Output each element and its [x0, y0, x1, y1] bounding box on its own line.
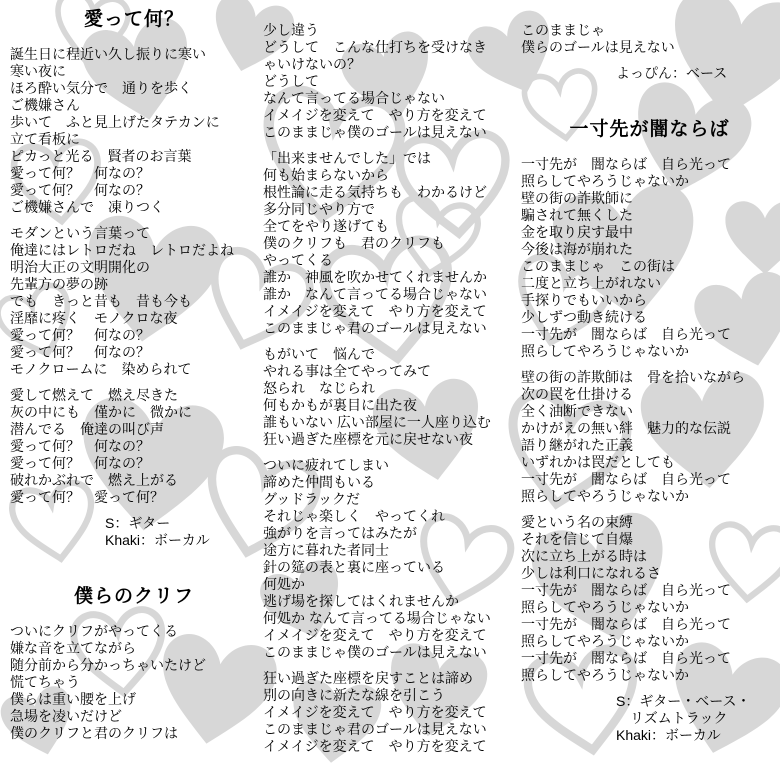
lyric-line: ついにクリフがやってくる — [10, 623, 258, 640]
lyric-line: それじゃ楽しく やってくれ — [263, 508, 517, 525]
lyrics-column-3: このままじゃ僕らのゴールは見えないよっぴん：ベース一寸先が闇ならば一寸先が 闇な… — [521, 0, 778, 753]
credit-block: よっぴん：ベース — [616, 65, 778, 82]
lyric-line: やれる事は全てやってみて — [263, 363, 517, 380]
lyric-line: 強がりを言ってはみたが — [263, 525, 517, 542]
stanza: このままじゃ僕らのゴールは見えない — [521, 22, 778, 56]
lyric-line: 手探りでもいいから — [521, 292, 778, 309]
lyric-line: イメイジを変えて やり方を変えて — [263, 738, 517, 755]
lyric-line: 二度と立ち上がれない — [521, 275, 778, 292]
lyric-line: このままじゃ この街は — [521, 258, 778, 275]
lyric-line: 「出来ませんでした」では — [263, 150, 517, 167]
credit-line: Khaki：ボーカル — [105, 532, 258, 549]
lyric-line: 金を取り戻す最中 — [521, 224, 778, 241]
lyric-line: どうして こんな仕打ちを受けなき — [263, 39, 517, 56]
lyric-line: かけがえの無い絆 魅力的な伝説 — [521, 420, 778, 437]
song-title: 僕らのクリフ — [10, 585, 258, 609]
lyrics-column-1: 愛って何？誕生日に程近い久し振りに寒い寒い夜にほろ酔い気分で 通りを歩くご機嫌さ… — [10, 0, 258, 751]
lyric-line: このままじゃ僕のゴールは見えない — [263, 124, 517, 141]
lyric-line: 一寸先が 闇ならば 自ら光って — [521, 156, 778, 173]
credit-line: リズムトラック — [616, 710, 778, 727]
lyric-line: 俺達にはレトロだね レトロだよね — [10, 242, 258, 259]
lyric-line: 立て看板に — [10, 131, 258, 148]
lyric-line: なんて言ってる場合じゃない — [263, 90, 517, 107]
stanza: 一寸先が 闇ならば 自ら光って照らしてやろうじゃないか壁の街の詐欺師に騙されて無… — [521, 156, 778, 360]
stanza: 愛という名の束縛それを信じて自爆次に立ち上がる時は少しは利口になれるさ一寸先が … — [521, 514, 778, 684]
lyric-line: 誕生日に程近い久し振りに寒い — [10, 46, 258, 63]
lyric-line: 壁の街の詐欺師は 骨を拾いながら — [521, 369, 778, 386]
credit-block: S：ギター・ベース・ リズムトラックKhaki：ボーカル — [616, 693, 778, 744]
lyric-line: 少しずつ動き続ける — [521, 309, 778, 326]
lyric-line: いずれかは罠だとしても — [521, 454, 778, 471]
lyric-line: 今後は海が崩れた — [521, 241, 778, 258]
lyrics-columns: 愛って何？誕生日に程近い久し振りに寒い寒い夜にほろ酔い気分で 通りを歩くご機嫌さ… — [0, 0, 780, 780]
lyric-line: でも きっと昔も 昔も今も — [10, 293, 258, 310]
credit-block: S：ギターKhaki：ボーカル — [105, 515, 258, 549]
lyric-line: モノクロームに 染められて — [10, 361, 258, 378]
stanza: もがいて 悩んでやれる事は全てやってみて怒られ なじられ何もかもが裏目に出た夜誰… — [263, 346, 517, 448]
lyric-line: 愛って何？ 愛って何？ — [10, 489, 258, 506]
lyric-line: イメイジを変えて やり方を変えて — [263, 627, 517, 644]
lyric-line: 語り継がれた正義 — [521, 437, 778, 454]
lyric-line: 明治大正の文明開化の — [10, 259, 258, 276]
song-title: 愛って何？ — [10, 8, 258, 32]
lyric-line: 照らしてやろうじゃないか — [521, 633, 778, 650]
lyric-line: ピカっと光る 賢者のお言葉 — [10, 148, 258, 165]
lyric-line: 先輩方の夢の跡 — [10, 276, 258, 293]
lyric-line: モダンという言葉って — [10, 225, 258, 242]
credit-line: S：ギター — [105, 515, 258, 532]
lyric-line: 別の向きに新たな線を引こう — [263, 687, 517, 704]
lyric-line: 逃げ場を探してはくれませんか — [263, 593, 517, 610]
lyric-line: やってくる — [263, 252, 517, 269]
stanza: モダンという言葉って俺達にはレトロだね レトロだよね明治大正の文明開化の先輩方の… — [10, 225, 258, 378]
lyric-line: 少しは利口になれるさ — [521, 565, 778, 582]
lyrics-column-2: 少し違うどうして こんな仕打ちを受けなきゃいけないの？どうしてなんて言ってる場合… — [263, 0, 517, 764]
lyric-line: 全く油断できない — [521, 403, 778, 420]
stanza: ついに疲れてしまい諦めた仲間もいるグッドラックだそれじゃ楽しく やってくれ強がり… — [263, 457, 517, 661]
lyric-line: 嫌な音を立てながら — [10, 640, 258, 657]
lyric-line: 僕らは重い腰を上げ — [10, 691, 258, 708]
lyric-line: 一寸先が 闇ならば 自ら光って — [521, 616, 778, 633]
lyric-line: 愛って何？ 何なの？ — [10, 165, 258, 182]
credit-line: S：ギター・ベース・ — [616, 693, 778, 710]
lyric-line: イメイジを変えて やり方を変えて — [263, 704, 517, 721]
lyric-line: このままじゃ僕のゴールは見えない — [263, 644, 517, 661]
lyric-line: 照らしてやろうじゃないか — [521, 488, 778, 505]
lyric-line: 何も始まらないから — [263, 167, 517, 184]
lyric-line: 寒い夜に — [10, 63, 258, 80]
stanza: 壁の街の詐欺師は 骨を拾いながら次の罠を仕掛ける全く油断できないかけがえの無い絆… — [521, 369, 778, 505]
lyric-line: 誰もいない 広い部屋に一人座り込む — [263, 414, 517, 431]
credit-line: よっぴん：ベース — [616, 65, 778, 82]
lyric-line: 愛という名の束縛 — [521, 514, 778, 531]
lyrics-page: 愛って何？誕生日に程近い久し振りに寒い寒い夜にほろ酔い気分で 通りを歩くご機嫌さ… — [0, 0, 780, 780]
lyric-line: 何処か — [263, 576, 517, 593]
lyric-line: 一寸先が 闇ならば 自ら光って — [521, 326, 778, 343]
lyric-line: 怒られ なじられ — [263, 380, 517, 397]
stanza: 誕生日に程近い久し振りに寒い寒い夜にほろ酔い気分で 通りを歩くご機嫌さん歩いて … — [10, 46, 258, 216]
lyric-line: 誰か 神風を吹かせてくれませんか — [263, 269, 517, 286]
lyric-line: グッドラックだ — [263, 491, 517, 508]
lyric-line: 狂い過ぎた座標を元に戻せない夜 — [263, 431, 517, 448]
lyric-line: ご機嫌さんで 凍りつく — [10, 199, 258, 216]
lyric-line: 照らしてやろうじゃないか — [521, 343, 778, 360]
lyric-line: 壁の街の詐欺師に — [521, 190, 778, 207]
lyric-line: 灰の中にも 僅かに 微かに — [10, 404, 258, 421]
lyric-line: イメイジを変えて やり方を変えて — [263, 107, 517, 124]
lyric-line: 照らしてやろうじゃないか — [521, 599, 778, 616]
lyric-line: それを信じて自爆 — [521, 531, 778, 548]
lyric-line: 多分同じやり方で — [263, 201, 517, 218]
lyric-line: 何もかもが裏目に出た夜 — [263, 397, 517, 414]
lyric-line: 狂い過ぎた座標を戻すことは諦め — [263, 670, 517, 687]
lyric-line: 照らしてやろうじゃないか — [521, 173, 778, 190]
lyric-line: 破れかぶれで 燃え上がる — [10, 472, 258, 489]
lyric-line: 一寸先が 闇ならば 自ら光って — [521, 582, 778, 599]
lyric-line: 少し違う — [263, 22, 517, 39]
lyric-line: 根性論に走る気持ちも わかるけど — [263, 184, 517, 201]
lyric-line: 随分前から分かっちゃいたけど — [10, 657, 258, 674]
stanza: 狂い過ぎた座標を戻すことは諦め別の向きに新たな線を引こうイメイジを変えて やり方… — [263, 670, 517, 755]
lyric-line: 諦めた仲間もいる — [263, 474, 517, 491]
stanza: 少し違うどうして こんな仕打ちを受けなきゃいけないの？どうしてなんて言ってる場合… — [263, 22, 517, 141]
lyric-line: 愛って何？ 何なの？ — [10, 455, 258, 472]
lyric-line: 何処か なんて言ってる場合じゃない — [263, 610, 517, 627]
lyric-line: 誰か なんて言ってる場合じゃない — [263, 286, 517, 303]
lyric-line: 愛って何？ 何なの？ — [10, 438, 258, 455]
lyric-line: 次の罠を仕掛ける — [521, 386, 778, 403]
lyric-line: 愛って何？ 何なの？ — [10, 327, 258, 344]
stanza: 「出来ませんでした」では何も始まらないから根性論に走る気持ちも わかるけど多分同… — [263, 150, 517, 337]
lyric-line: 愛って何？ 何なの？ — [10, 344, 258, 361]
lyric-line: ご機嫌さん — [10, 97, 258, 114]
lyric-line: 僕のクリフも 君のクリフも — [263, 235, 517, 252]
lyric-line: もがいて 悩んで — [263, 346, 517, 363]
lyric-line: 淫靡に疼く モノクロな夜 — [10, 310, 258, 327]
credit-line: Khaki：ボーカル — [616, 727, 778, 744]
song-title: 一寸先が闇ならば — [521, 118, 778, 142]
lyric-line: 一寸先が 闇ならば 自ら光って — [521, 471, 778, 488]
lyric-line: どうして — [263, 73, 517, 90]
lyric-line: 愛して燃えて 燃え尽きた — [10, 387, 258, 404]
lyric-line: ゃいけないの？ — [263, 56, 517, 73]
lyric-line: 針の筵の表と裏に座っている — [263, 559, 517, 576]
lyric-line: 照らしてやろうじゃないか — [521, 667, 778, 684]
lyric-line: 愛って何？ 何なの？ — [10, 182, 258, 199]
lyric-line: 潜んでる 俺達の叫び声 — [10, 421, 258, 438]
lyric-line: 一寸先が 闇ならば 自ら光って — [521, 650, 778, 667]
lyric-line: 途方に暮れた者同士 — [263, 542, 517, 559]
lyric-line: イメイジを変えて やり方を変えて — [263, 303, 517, 320]
lyric-line: 慌てちゃう — [10, 674, 258, 691]
stanza: ついにクリフがやってくる嫌な音を立てながら随分前から分かっちゃいたけど慌てちゃう… — [10, 623, 258, 742]
lyric-line: 全てをやり遂げても — [263, 218, 517, 235]
lyric-line: このままじゃ君のゴールは見えない — [263, 721, 517, 738]
lyric-line: 急場を凌いだけど — [10, 708, 258, 725]
lyric-line: 騙されて無くした — [521, 207, 778, 224]
lyric-line: 僕のクリフと君のクリフは — [10, 725, 258, 742]
lyric-line: ほろ酔い気分で 通りを歩く — [10, 80, 258, 97]
lyric-line: 僕らのゴールは見えない — [521, 39, 778, 56]
stanza: 愛して燃えて 燃え尽きた灰の中にも 僅かに 微かに潜んでる 俺達の叫び声愛って何… — [10, 387, 258, 506]
lyric-line: ついに疲れてしまい — [263, 457, 517, 474]
lyric-line: このままじゃ — [521, 22, 778, 39]
lyric-line: このままじゃ君のゴールは見えない — [263, 320, 517, 337]
lyric-line: 次に立ち上がる時は — [521, 548, 778, 565]
lyric-line: 歩いて ふと見上げたタテカンに — [10, 114, 258, 131]
